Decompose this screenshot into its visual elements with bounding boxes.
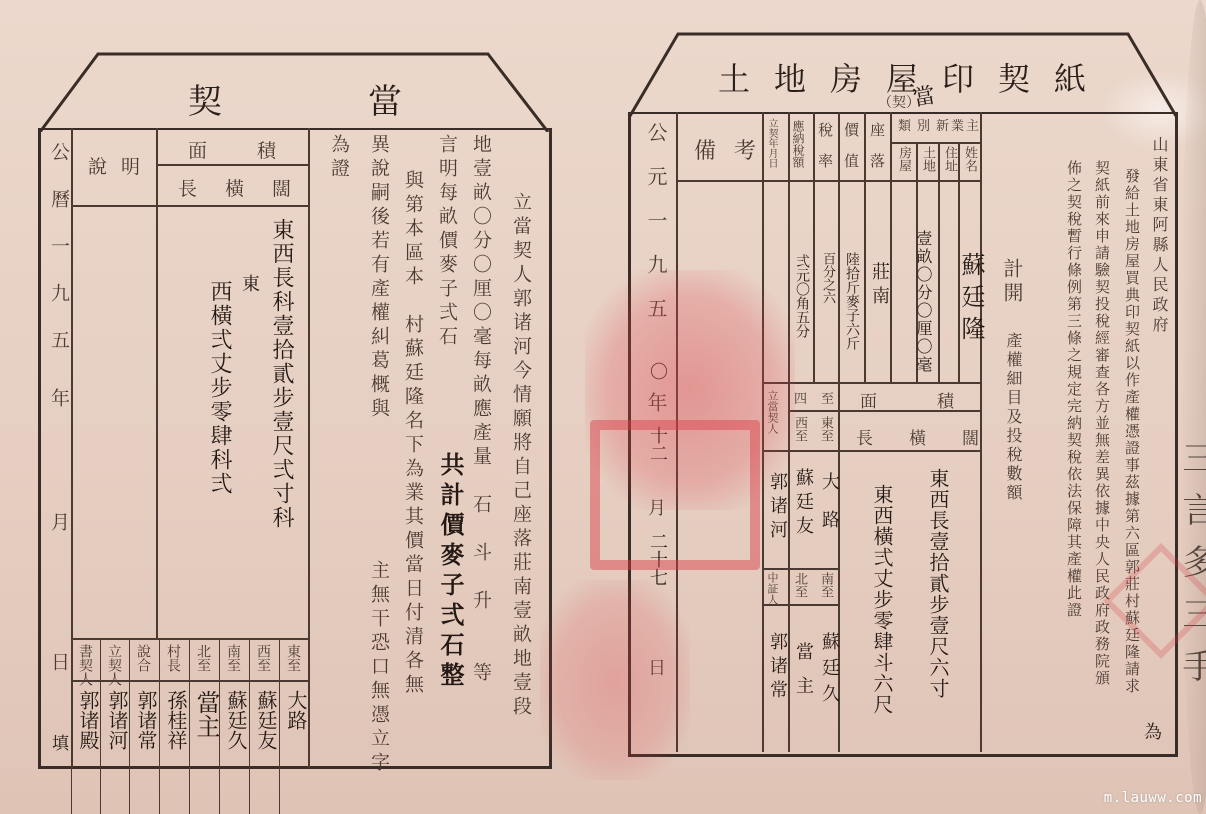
tax-deed-year-digit: 〇 xyxy=(644,362,670,380)
explanation-header: 說明 xyxy=(88,152,154,179)
deed-body-col-6: 異說嗣後若有產權糾葛概與 xyxy=(366,134,393,534)
rt-area-header-top: 面積 xyxy=(860,387,1014,412)
area-width-top: 東 xyxy=(236,274,262,292)
boundary-value: 孫桂祥 xyxy=(164,690,188,750)
deed-body-col-2: 地壹畝〇分〇厘〇毫每畝應產量 石 斗 升 等 xyxy=(468,134,495,764)
area-width-value: 西橫弍丈步零肆科弍 xyxy=(206,280,232,496)
rt-north-label: 北至 xyxy=(792,572,806,598)
deed-body-col-7: 主無干恐口無憑立字 xyxy=(366,560,393,790)
rt-area-length: 東西長壹拾貳步壹尺六寸 xyxy=(924,468,953,699)
rt-east-label: 東至 xyxy=(818,416,832,442)
owner-group-header: 新業主 xyxy=(936,120,981,134)
col-header-tax-rate: 稅率 xyxy=(818,122,832,184)
col-header-location: 座落 xyxy=(870,122,884,184)
value-location: 莊南 xyxy=(866,262,892,310)
deed-month-label: 月 xyxy=(46,512,73,531)
issuer-text-col-1: 發給土地房屋買典印契紙以作產權憑證事茲據第六區郭莊村蘇廷隆請求 xyxy=(1122,168,1143,758)
list-text: 產權細目及投稅數額 xyxy=(1002,332,1025,503)
category-group-header: 類別 xyxy=(898,120,936,134)
divider xyxy=(156,164,308,166)
deed-title-char-2: 當 xyxy=(368,74,406,123)
deed-day-label: 日 xyxy=(46,652,73,671)
tax-deed-date-prefix: 公元一九五 xyxy=(642,122,671,342)
tax-deed-month-label: 月 xyxy=(642,498,668,516)
list-header: 計開 xyxy=(998,258,1027,306)
value-price: 陸拾斤麥子六斤 xyxy=(842,252,862,350)
area-header-top: 面積 xyxy=(188,136,326,163)
divider xyxy=(762,568,838,570)
boundary-value: 當主 xyxy=(194,690,218,738)
rt-seller-value: 郭诸河 xyxy=(764,472,790,544)
boundary-header: 北至 xyxy=(194,644,211,672)
col-header-deed-date: 立契年月日 xyxy=(766,118,777,168)
boundary-cell-east: 東至 大路 xyxy=(279,638,314,814)
boundary-header: 西至 xyxy=(254,644,271,672)
area-length-value: 東西長科壹拾貳步壹尺弍寸科 xyxy=(268,218,294,530)
issuer-name: 山東省東阿縣人民政府 xyxy=(1148,136,1171,336)
boundary-header: 說合 xyxy=(134,644,151,672)
divider xyxy=(890,142,980,144)
deed-body-col-5: 與第本區本 村蘇廷隆名下為業其價當日付清各無 xyxy=(400,170,427,770)
rt-west-value: 蘇廷友 xyxy=(790,468,816,540)
col-header-land: 土地 xyxy=(920,146,934,172)
col-header-address: 住址 xyxy=(942,146,956,172)
boundary-value: 郭诸殿 xyxy=(76,690,100,750)
deed-cap-outline xyxy=(38,52,550,132)
tax-deed-day-label: 日 xyxy=(642,658,668,676)
divider xyxy=(762,382,980,384)
rt-seller-label: 立當契人 xyxy=(766,390,778,434)
deed-date-prefix: 公曆一九五 xyxy=(46,142,73,382)
boundary-header: 立契人 xyxy=(105,644,122,686)
divider xyxy=(864,112,866,382)
deed-total-price: 共計價麥子弍石整 xyxy=(433,452,468,772)
boundary-value: 郭诸河 xyxy=(105,690,129,750)
deed-year-label: 年 xyxy=(46,388,73,407)
rt-area-header-bottom: 長橫闊 xyxy=(856,424,1015,449)
rt-south-label: 南至 xyxy=(818,572,832,598)
divider xyxy=(890,112,892,382)
notes-header: 備考 xyxy=(694,134,774,165)
col-header-name: 姓名 xyxy=(962,146,976,172)
value-tax-rate: 百分之六 xyxy=(818,252,837,304)
rt-west-label: 西至 xyxy=(792,416,806,442)
rt-south-value: 蘇廷久 xyxy=(816,632,842,710)
page-edge-handwriting: 三言多三手 xyxy=(1172,440,1206,700)
pawn-deed: 契 當 公曆一九五 年 月 日 填 說明 面積 長橫闊 東西長科壹拾貳步壹尺弍寸… xyxy=(38,52,550,770)
land-house-tax-deed: 土地房屋印契紙 當 （契） 公元一九五 〇 年 十二 月 二十七 日 備考 新業… xyxy=(628,32,1178,762)
deed-body-col-1: 立當契人郭诸河今情願將自己座落莊南壹畝地壹段 xyxy=(508,192,535,752)
tax-deed-month: 十二 xyxy=(644,426,670,462)
rt-middleman-label: 中証人 xyxy=(766,572,778,605)
boundary-table: 書契人 郭诸殿 立契人 郭诸河 說合 郭诸常 村長 孫桂祥 北至 當主 南至 蘇… xyxy=(71,638,309,814)
col-header-tax-due: 應納稅額 xyxy=(792,120,804,168)
rt-north-value: 當主 xyxy=(790,642,816,710)
col-header-house: 房屋 xyxy=(896,146,910,172)
value-land: 壹畝〇分〇厘〇毫 xyxy=(912,230,935,374)
deed-fill-label: 填 xyxy=(46,734,71,751)
divider xyxy=(676,112,678,752)
rt-east-value: 大路 xyxy=(816,472,842,548)
divider xyxy=(813,112,815,382)
deed-body-col-3: 言明每畝價麥子弍石 xyxy=(434,134,461,414)
col-header-value: 價值 xyxy=(844,122,858,184)
tax-deed-subtitle: （契） xyxy=(878,92,920,112)
boundary-header: 村長 xyxy=(164,644,181,672)
rt-middleman-value: 郭诸常 xyxy=(764,632,790,704)
rt-area-width: 東西橫弍丈步零肆斗六尺 xyxy=(868,484,897,715)
issuer-text-col-3: 佈之契稅暫行條例第三條之規定完納契稅依法保障其產權此證 xyxy=(1064,160,1085,750)
boundary-value: 郭诸常 xyxy=(134,690,158,750)
area-header-bottom: 長橫闊 xyxy=(178,174,319,201)
boundary-value: 大路 xyxy=(284,690,308,730)
issuer-text-col-2: 契紙前來申請驗契投稅經審查各方並無差異依據中央人民政府政務院頒 xyxy=(1092,160,1113,750)
boundary-header: 書契人 xyxy=(76,644,93,686)
divider xyxy=(762,450,980,452)
deed-title-char-1: 契 xyxy=(188,74,226,123)
right-edge-label: 為 xyxy=(1138,722,1164,740)
value-tax-due: 弍元〇角五分 xyxy=(792,254,812,338)
boundary-header: 南至 xyxy=(224,644,241,672)
boundary-header: 東至 xyxy=(284,644,301,672)
value-name: 蘇廷隆 xyxy=(954,252,989,348)
divider xyxy=(71,205,308,207)
watermark: m.lauww.com xyxy=(1104,790,1202,806)
deed-body-col-8: 為證 xyxy=(326,134,353,182)
rt-boundary-header: 四至 xyxy=(794,388,848,407)
divider xyxy=(938,142,940,382)
boundary-value: 蘇廷友 xyxy=(254,690,278,750)
tax-deed-year-label: 年 xyxy=(642,392,671,412)
boundary-value: 蘇廷久 xyxy=(224,690,248,750)
tax-deed-day: 二十七 xyxy=(644,532,670,586)
